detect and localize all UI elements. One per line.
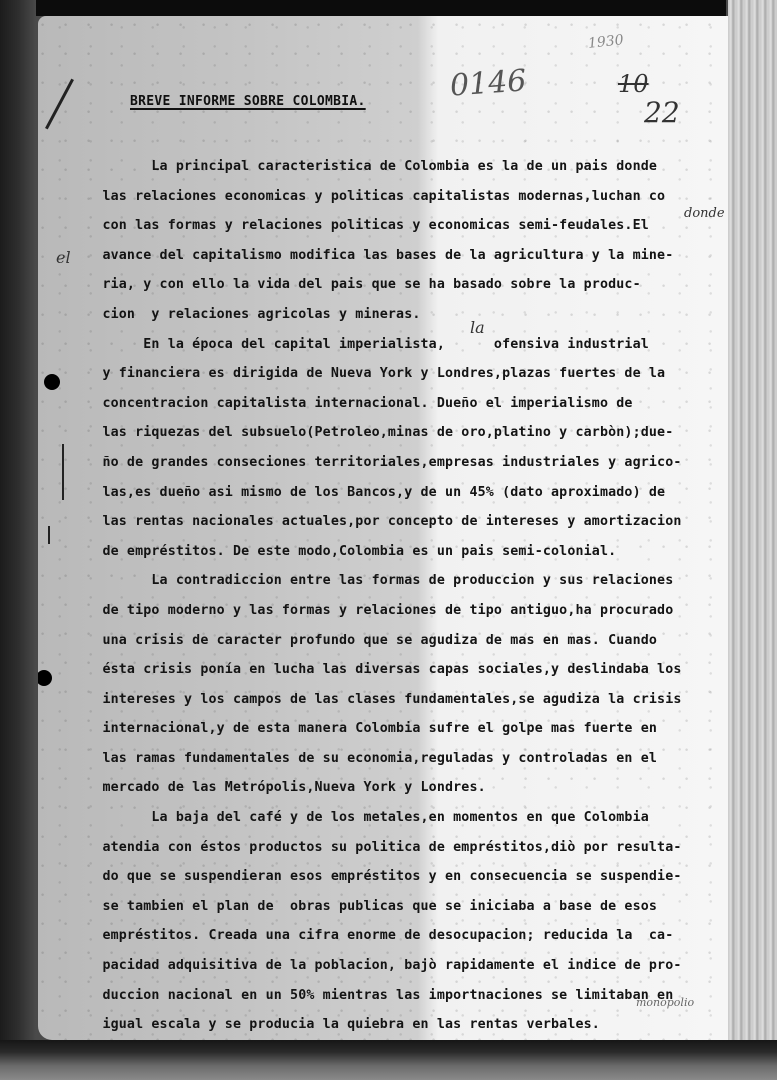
margin-slash-mark: [45, 79, 74, 130]
text-line: La baja del café y de los metales,en mom…: [78, 803, 728, 833]
scan-top-edge: [36, 0, 726, 16]
text-line: igual escala y se producia la quiebra en…: [78, 1010, 728, 1040]
text-line: una crisis de caracter profundo que se a…: [78, 626, 728, 656]
text-line: las relaciones economicas y politicas ca…: [78, 182, 728, 212]
text-line: duccion nacional en un 50% mientras las …: [78, 981, 728, 1011]
text-line: las,es dueño asi mismo de los Bancos,y d…: [78, 478, 728, 508]
document-page: 1930 0146 10 22 donde la el monopolio BR…: [38, 16, 728, 1040]
text-line: internacional,y de esta manera Colombia …: [78, 714, 728, 744]
text-line: do que se suspendieran esos empréstitos …: [78, 862, 728, 892]
text-line: las ramas fundamentales de su economia,r…: [78, 744, 728, 774]
handwritten-page-number: 22: [644, 96, 680, 129]
scan-right-edge: [728, 0, 777, 1080]
text-line: empréstitos. Creada una cifra enorme de …: [78, 921, 728, 951]
text-line: atendia con éstos productos su politica …: [78, 833, 728, 863]
text-line: mercado de las Metrópolis,Nueva York y L…: [78, 773, 728, 803]
text-line: ño de grandes conseciones territoriales,…: [78, 448, 728, 478]
handwritten-margin-el: el: [56, 248, 71, 267]
margin-mark: [62, 444, 64, 500]
text-line: de tipo moderno y las formas y relacione…: [78, 596, 728, 626]
text-line: pacidad adquisitiva de la poblacion, baj…: [78, 951, 728, 981]
punch-hole-icon: [44, 374, 60, 390]
text-line: ésta crisis ponía en lucha las diversas …: [78, 655, 728, 685]
handwritten-year: 1930: [587, 32, 624, 52]
text-line: La principal caracteristica de Colombia …: [78, 152, 728, 182]
text-line: las rentas nacionales actuales,por conce…: [78, 507, 728, 537]
handwritten-old-page-number: 10: [618, 70, 649, 98]
punch-hole-icon: [38, 670, 52, 686]
text-line: En la época del capital imperialista, of…: [78, 330, 728, 360]
handwritten-reference-number: 0146: [449, 63, 528, 103]
text-line: y financiera es dirigida de Nueva York y…: [78, 359, 728, 389]
text-line: La contradiccion entre las formas de pro…: [78, 566, 728, 596]
text-line: de empréstitos. De este modo,Colombia es…: [78, 537, 728, 567]
text-line: avance del capitalismo modifica las base…: [78, 241, 728, 271]
text-line: con las formas y relaciones politicas y …: [78, 211, 728, 241]
text-line: cion y relaciones agricolas y mineras.: [78, 300, 728, 330]
text-line: concentracion capitalista internacional.…: [78, 389, 728, 419]
scan-bottom-edge: [0, 1040, 777, 1080]
text-line: se tambien el plan de obras publicas que…: [78, 892, 728, 922]
text-line: intereses y los campos de las clases fun…: [78, 685, 728, 715]
document-body: La principal caracteristica de Colombia …: [78, 152, 728, 1040]
text-line: las riquezas del subsuelo(Petroleo,minas…: [78, 418, 728, 448]
text-line: ria, y con ello la vida del pais que se …: [78, 270, 728, 300]
margin-mark: [48, 526, 50, 544]
document-title: BREVE INFORME SOBRE COLOMBIA.: [130, 94, 366, 109]
